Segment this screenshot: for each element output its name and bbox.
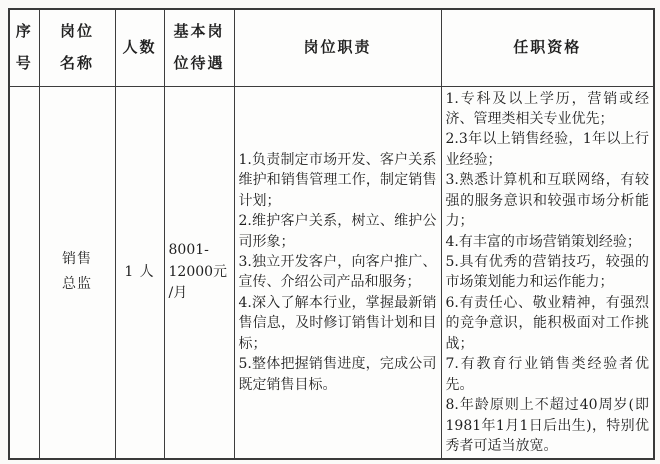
job-posting-table: 序 号 岗位 名称 人数 基本岗 位待遇 岗位职责 任职资格 销售 总监 1 人… [8,8,655,460]
duty-item: 2.维护客户关系，树立、维护公司形象； [239,211,437,252]
qualification-item: 8.年龄原则上不超过40周岁(即1981年1月1日后出生)，特别优秀者可适当放宽… [446,395,650,456]
col-header-position: 岗位 名称 [39,9,115,86]
cell-salary: 8001- 12000元 /月 [164,86,234,459]
duty-item: 4.深入了解本行业，掌握最新销售信息，及时修订销售计划和目标； [239,293,437,354]
cell-seq [9,86,39,459]
col-header-duties: 岗位职责 [234,9,441,86]
table-row: 销售 总监 1 人 8001- 12000元 /月 1.负责制定市场开发、客户关… [9,86,654,459]
cell-headcount: 1 人 [115,86,164,459]
cell-qualifications: 1.专科及以上学历，营销或经济、管理类相关专业优先； 2.3年以上销售经验，1年… [441,86,654,459]
cell-position-name: 销售 总监 [39,86,115,459]
col-header-qualifications: 任职资格 [441,9,654,86]
cell-duties: 1.负责制定市场开发、客户关系维护和销售管理工作，制定销售计划； 2.维护客户关… [234,86,441,459]
duty-item: 3.独立开发客户，向客户推广、宣传、介绍公司产品和服务； [239,252,437,293]
duty-item: 5.整体把握销售进度，完成公司既定销售目标。 [239,354,437,395]
qualification-item: 2.3年以上销售经验，1年以上行业经验； [446,129,650,170]
header-row: 序 号 岗位 名称 人数 基本岗 位待遇 岗位职责 任职资格 [9,9,654,86]
col-header-seq: 序 号 [9,9,39,86]
qualification-item: 4.有丰富的市场营销策划经验； [446,232,650,252]
scanned-document-page: 序 号 岗位 名称 人数 基本岗 位待遇 岗位职责 任职资格 销售 总监 1 人… [0,0,660,464]
col-header-headcount: 人数 [115,9,164,86]
duty-item: 1.负责制定市场开发、客户关系维护和销售管理工作，制定销售计划； [239,150,437,211]
qualification-item: 5.具有优秀的营销技巧，较强的市场策划能力和运作能力； [446,252,650,293]
qualification-item: 1.专科及以上学历，营销或经济、管理类相关专业优先； [446,89,650,130]
col-header-salary: 基本岗 位待遇 [164,9,234,86]
qualification-item: 3.熟悉计算机和互联网络，有较强的服务意识和较强市场分析能力； [446,170,650,231]
qualification-item: 6.有责任心、敬业精神，有强烈的竞争意识，能积极面对工作挑战； [446,293,650,354]
qualification-item: 7.有教育行业销售类经验者优先。 [446,354,650,395]
